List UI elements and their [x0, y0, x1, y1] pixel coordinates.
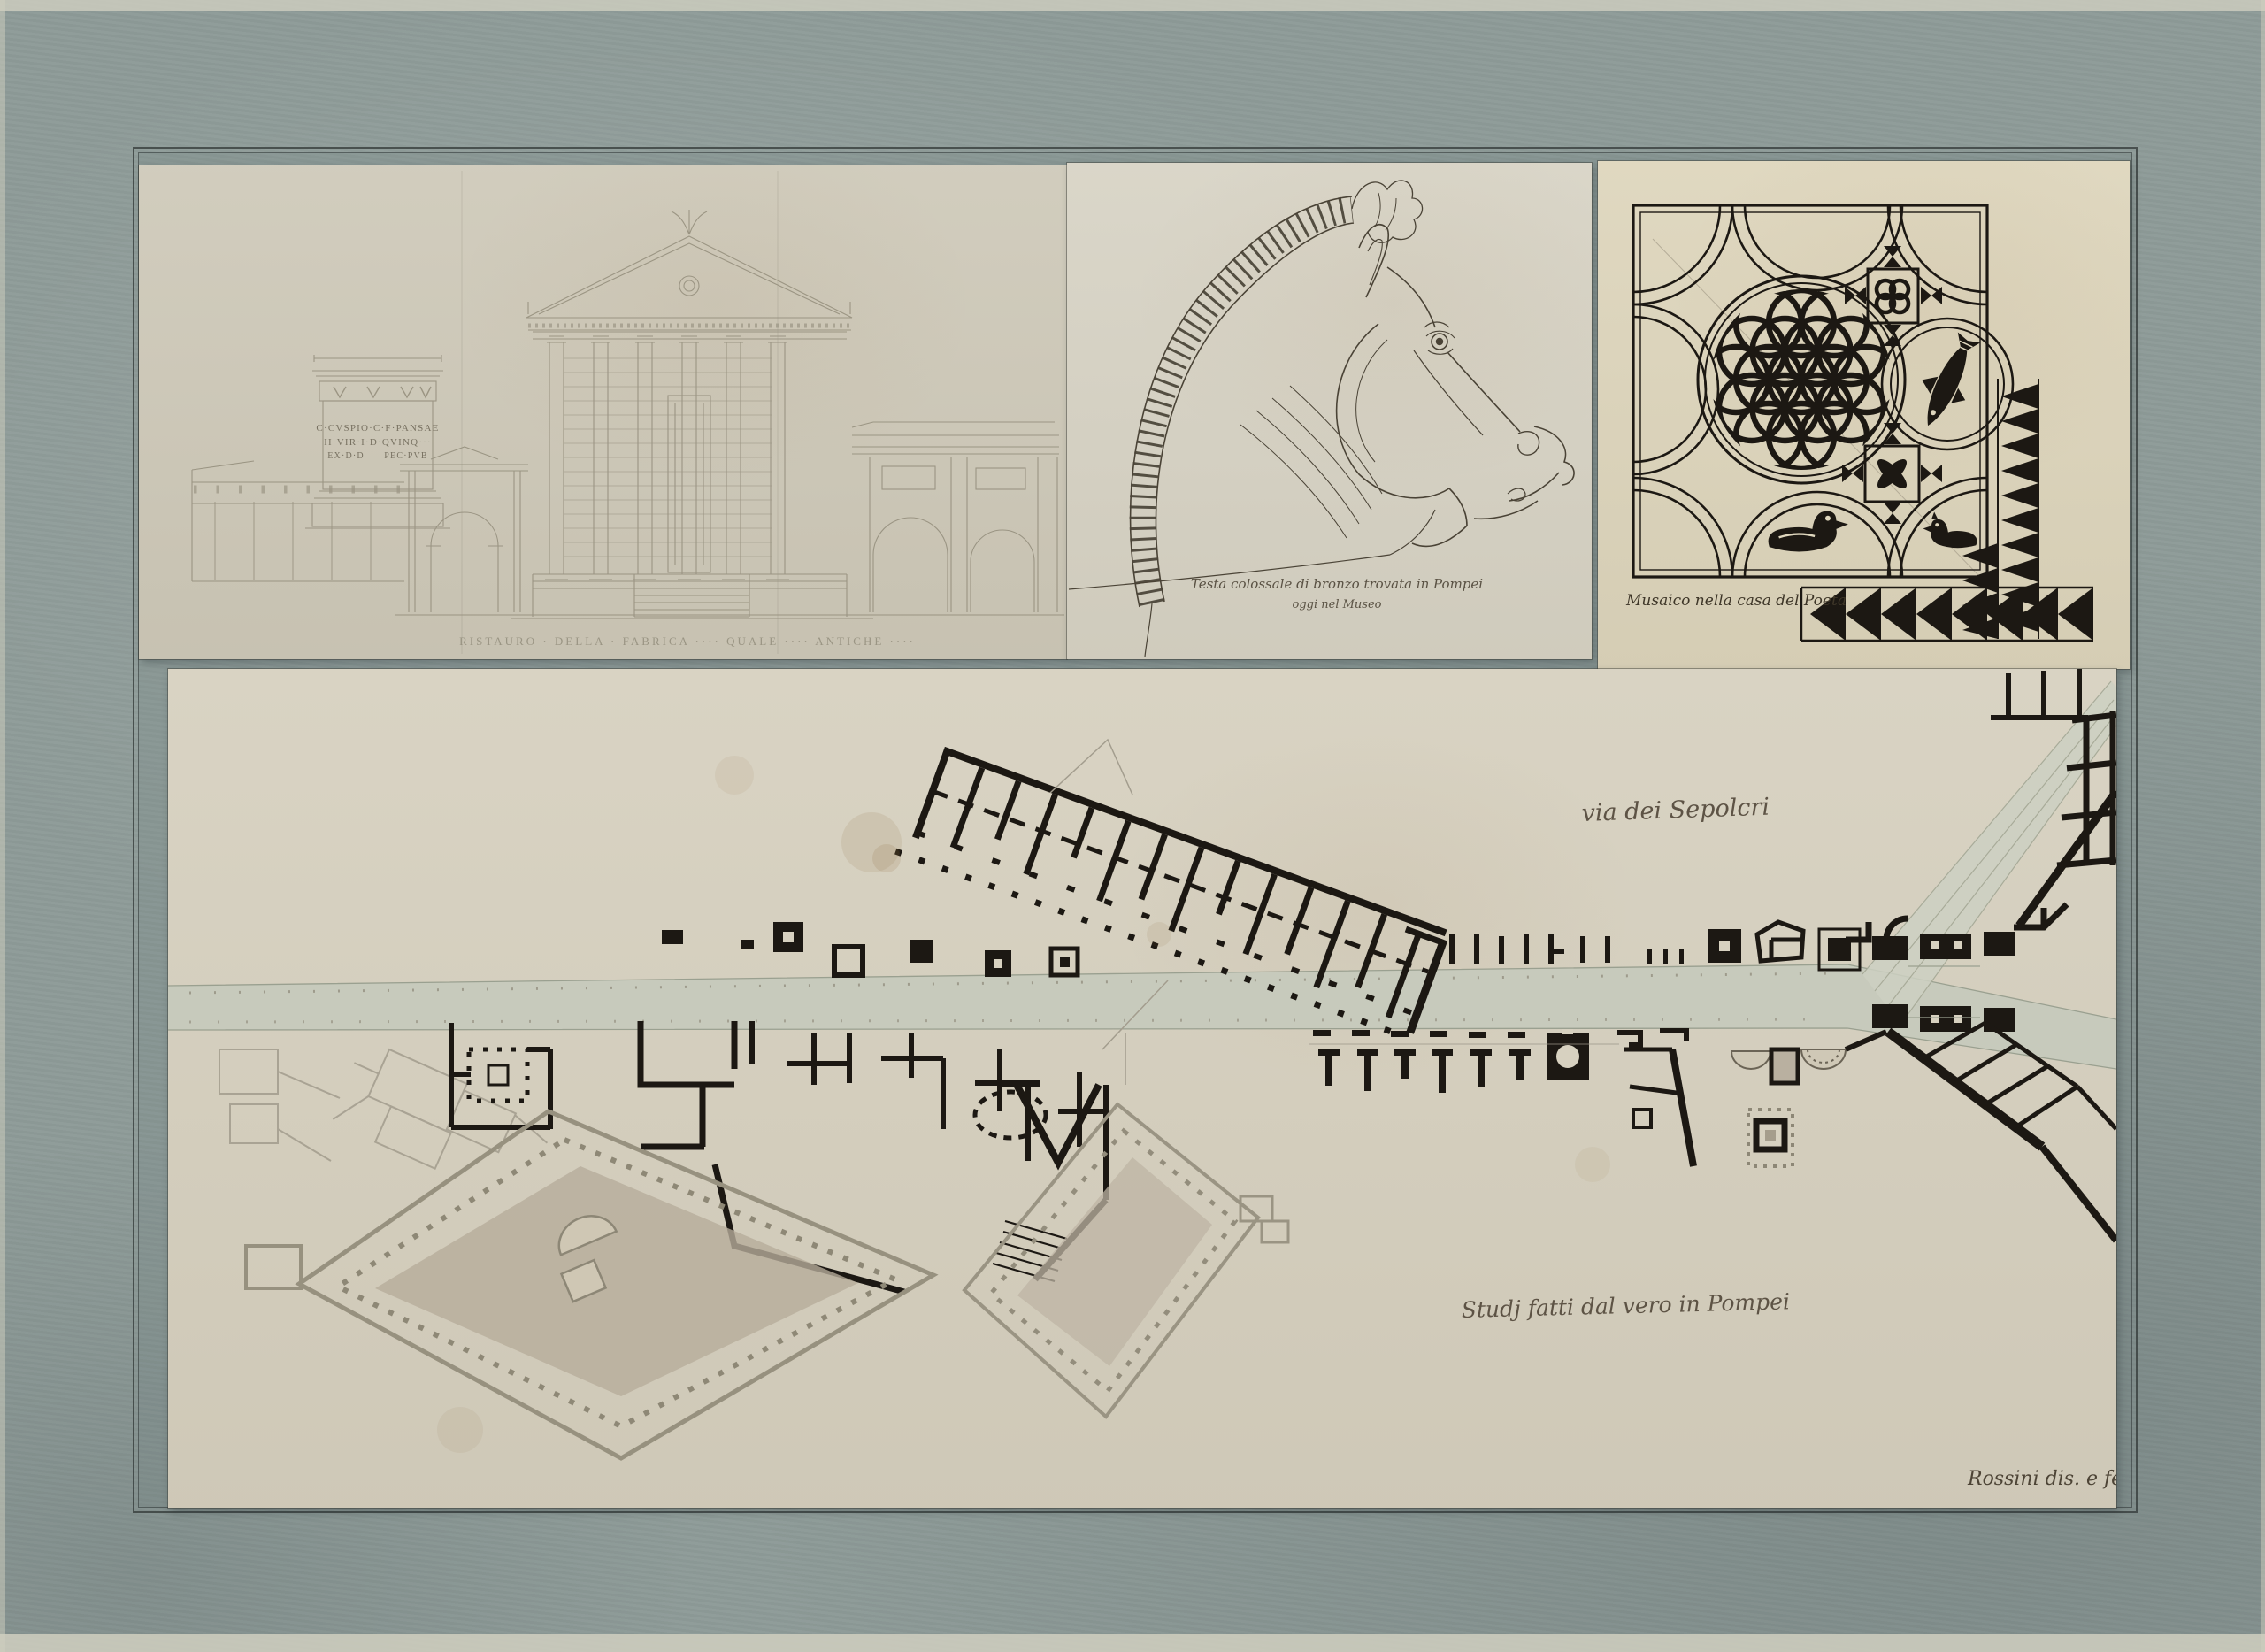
scan-edge-left	[0, 0, 5, 1652]
pencil-left-gateway-arch	[400, 447, 528, 612]
note-label: Studj fatti dal vero in Pompei	[1461, 1288, 1790, 1323]
pencil-cella-door	[668, 396, 710, 572]
horse-caption-line2: oggi nel Museo	[1293, 598, 1382, 611]
sheet-plan-via-dei-sepolcri: via dei Sepolcri Studj fatti dal vero in…	[168, 669, 2116, 1508]
altar-inscription-line2: II·VIR·I·D·QVINQ···	[324, 437, 432, 448]
structure-triangle	[998, 1083, 1099, 1163]
duck-motif	[1769, 511, 1848, 552]
villa-garden-peristyle	[246, 1111, 933, 1458]
scan-edge-top	[0, 0, 2265, 11]
pencil-right-arcade	[395, 422, 1064, 615]
scan-edge-bottom	[0, 1634, 2265, 1652]
temple-sheet-caption: RISTAURO · DELLA · FABRICA ···· QUALE ··…	[459, 634, 916, 648]
fish-motif	[1906, 327, 1990, 436]
altar-inscription-line1: C·CVSPIO·C·F·PANSAE	[316, 423, 439, 434]
pencil-podium-stairs	[511, 574, 873, 619]
sheet-horse-head-study: Testa colossale di bronzo trovata in Pom…	[1067, 163, 1592, 659]
artwork-photo: C·CVSPIO·C·F·PANSAE II·VIR·I·D·QVINQ··· …	[0, 0, 2265, 1652]
tombs-north-cluster	[662, 922, 1078, 977]
pencil-temple-elevation	[192, 171, 1064, 654]
pencil-left-portico	[192, 461, 404, 581]
horse-caption: Testa colossale di bronzo trovata in Pom…	[1191, 576, 1483, 611]
sheet-mosaic-study: Musaico nella casa del Poeta	[1598, 161, 2130, 669]
altar-inscription-line3: EX·D·D PEC·PVB	[327, 451, 428, 461]
sheet-temple-study: C·CVSPIO·C·F·PANSAE II·VIR·I·D·QVINQ··· …	[139, 165, 1067, 659]
knot-square	[1868, 269, 1918, 323]
mosaic-drawing	[1633, 205, 2093, 641]
corner-bird-motif	[1923, 512, 1977, 549]
pencil-pediment	[526, 210, 852, 339]
horse-caption-line1: Testa colossale di bronzo trovata in Pom…	[1191, 576, 1483, 592]
altar-inscription: C·CVSPIO·C·F·PANSAE II·VIR·I·D·QVINQ··· …	[316, 423, 439, 461]
tombs-row-north	[1449, 922, 1860, 970]
villa-unexcavated-rooms	[219, 1039, 556, 1206]
road-fork-hatched	[1862, 681, 2116, 1025]
mosaic-caption: Musaico nella casa del Poeta	[1625, 592, 1847, 610]
flower-of-life-rosette	[1703, 290, 1900, 469]
tombs-row-south	[1309, 1029, 1693, 1166]
artist-signature: Rossini dis. e fece.	[1967, 1468, 2116, 1490]
street-label: via dei Sepolcri	[1581, 794, 1770, 827]
tombs-south-of-gate	[1731, 1032, 1886, 1166]
scan-edge-right	[2261, 0, 2265, 1652]
